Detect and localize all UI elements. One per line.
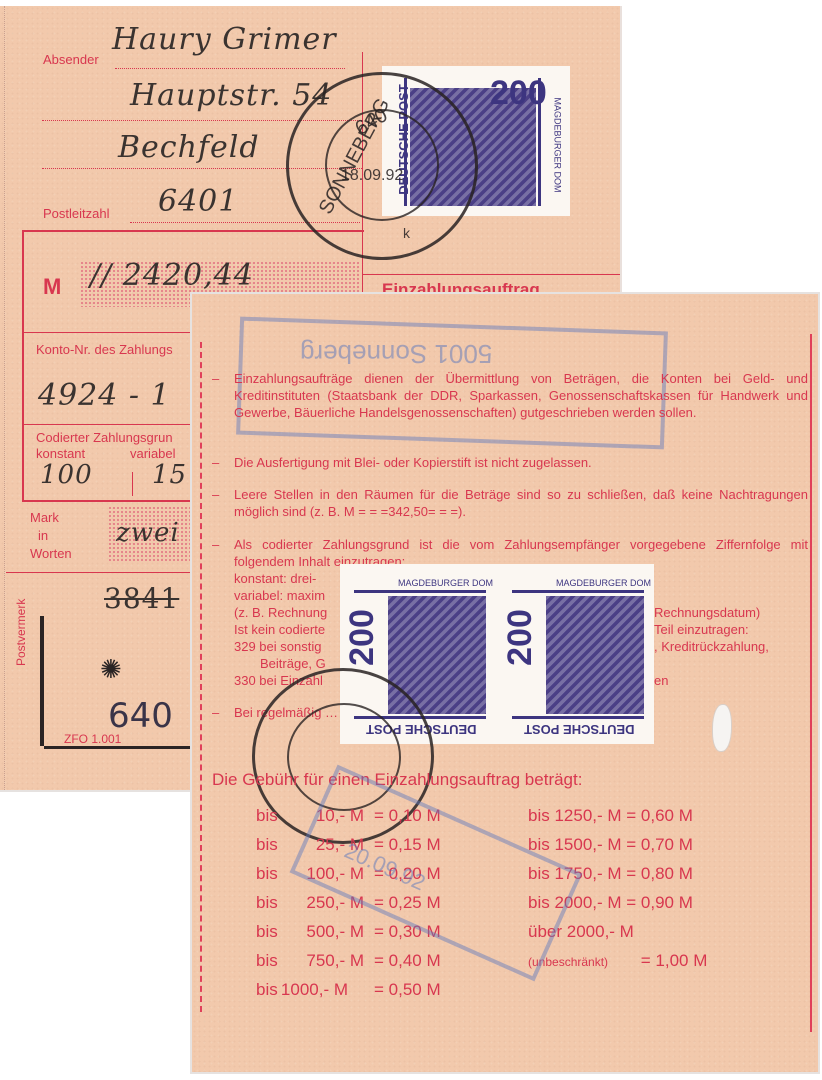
punch-hole bbox=[712, 704, 732, 752]
coded-line: Rechnungsdatum) bbox=[654, 604, 814, 621]
instruction-text: Leere Stellen in den Räumen für die Betr… bbox=[234, 486, 808, 520]
coded-line: en bbox=[654, 672, 814, 689]
handwritten-town: Bechfeld bbox=[118, 130, 260, 165]
fee-amount: = 0,50 M bbox=[374, 980, 441, 1000]
handwritten-street: Hauptstr. 54 bbox=[130, 78, 332, 113]
bullet: – bbox=[212, 486, 219, 503]
instruction-text: Die Ausfertigung mit Blei- oder Kopierst… bbox=[234, 454, 808, 471]
code-top-rule bbox=[22, 424, 192, 425]
postmark-suffix: k bbox=[403, 225, 410, 241]
instruction-text: Einzahlungsaufträge dienen der Übermittl… bbox=[234, 370, 808, 421]
posthorn-icon: ✺ bbox=[100, 654, 122, 685]
fee-limit: 500,- M bbox=[294, 922, 364, 942]
fee-title: Die Gebühr für einen Einzahlungsauftrag … bbox=[212, 770, 582, 790]
handwritten-amount-words: zwei bbox=[116, 518, 180, 548]
stamp-subject: MAGDEBURGER DOM bbox=[553, 97, 563, 192]
account-label: Konto-Nr. des Zahlungs bbox=[36, 342, 173, 357]
coded-line: Teil einzutragen: bbox=[654, 621, 814, 638]
instruction-1: – Einzahlungsaufträge dienen der Übermit… bbox=[212, 370, 808, 421]
stamp-2: MAGDEBURGER DOM 200 DEUTSCHE POST bbox=[500, 566, 652, 742]
fee-prefix: bis bbox=[256, 951, 278, 971]
form-number: ZFO 1.001 bbox=[64, 732, 121, 746]
stamp-value: 200 bbox=[501, 609, 540, 666]
stamp-bar-bottom bbox=[512, 716, 644, 719]
stamp-bar-right bbox=[538, 78, 541, 206]
fee-prefix: bis bbox=[256, 864, 278, 884]
box-bottom-rule bbox=[22, 500, 198, 502]
bullet: – bbox=[212, 454, 219, 471]
in-label: in bbox=[38, 528, 48, 543]
coded-line: , Kreditrückzahlung, bbox=[654, 638, 814, 655]
fee-limit: 1000,- M bbox=[278, 980, 348, 1000]
stamp-bar-top bbox=[512, 590, 644, 593]
round-postmark: SONNEBERG 640 18.09.92 k bbox=[286, 72, 478, 260]
blue-box-cancellation-2 bbox=[290, 765, 583, 982]
account-top-rule bbox=[22, 332, 192, 333]
fee-row-right: (unbeschränkt) = 1,00 M bbox=[528, 951, 707, 971]
handwritten-post-number: 3841 bbox=[104, 582, 179, 615]
front-card: 5001 Sonneberg – Einzahlungsaufträge die… bbox=[190, 292, 820, 1074]
bullet: – bbox=[212, 704, 219, 721]
sender-dotline bbox=[115, 68, 345, 69]
sender-label: Absender bbox=[43, 52, 99, 67]
handwritten-postcode: 6401 bbox=[158, 184, 238, 219]
perforation bbox=[4, 6, 5, 790]
instruction-3: – Leere Stellen in den Räumen für die Be… bbox=[212, 486, 808, 520]
cathedral-image-icon bbox=[546, 596, 644, 714]
stamp-subject: MAGDEBURGER DOM bbox=[398, 578, 493, 588]
fee-prefix: bis bbox=[256, 922, 278, 942]
box-left-rule bbox=[22, 230, 24, 502]
fee-prefix: bis bbox=[256, 835, 278, 855]
stamp-country: DEUTSCHE POST bbox=[524, 722, 635, 737]
instruction-text: Als codierter Zahlungsgrund ist die vom … bbox=[234, 536, 808, 570]
left-border bbox=[200, 342, 202, 1012]
bullet: – bbox=[212, 370, 219, 387]
fee-limit: 750,- M bbox=[294, 951, 364, 971]
instruction-4: – Als codierter Zahlungsgrund ist die vo… bbox=[212, 536, 808, 570]
fee-prefix: bis bbox=[256, 806, 278, 826]
mark-label: Mark bbox=[30, 510, 59, 525]
postcode-label: Postleitzahl bbox=[43, 206, 109, 221]
currency-marker: M bbox=[43, 274, 61, 300]
handwritten-constant: 100 bbox=[40, 460, 93, 490]
constant-label: konstant bbox=[36, 446, 85, 461]
postmark-date: 18.09.92 bbox=[341, 167, 403, 185]
stamp-bar-top bbox=[354, 590, 486, 593]
fee-row-right: bis 1250,- M = 0,60 M bbox=[528, 806, 693, 826]
handwritten-account: 4924 - 1 bbox=[38, 378, 171, 413]
variable-label: variabel bbox=[130, 446, 176, 461]
fee-row-right: bis 1500,- M = 0,70 M bbox=[528, 835, 693, 855]
instruction-2: – Die Ausfertigung mit Blei- oder Kopier… bbox=[212, 454, 808, 471]
postnote-top-rule bbox=[6, 572, 192, 573]
coded-lines-right: Rechnungsdatum) Teil einzutragen: , Kred… bbox=[654, 604, 814, 689]
blue-box-text: 5001 Sonneberg bbox=[300, 338, 492, 369]
post-note-label: Postvermerk bbox=[14, 599, 28, 666]
fee-amount: = 0,40 M bbox=[374, 951, 441, 971]
fee-prefix: bis bbox=[256, 893, 278, 913]
office-stamp-bracket bbox=[40, 616, 44, 746]
office-stamp-base bbox=[44, 746, 194, 749]
words-label: Worten bbox=[30, 546, 72, 561]
title-rule bbox=[362, 274, 620, 275]
handwritten-variable: 15 bbox=[152, 460, 187, 490]
stamp-subject: MAGDEBURGER DOM bbox=[556, 578, 651, 588]
coded-reason-label: Codierter Zahlungsgrun bbox=[36, 430, 173, 445]
bullet: – bbox=[212, 536, 219, 553]
code-divider bbox=[132, 472, 133, 496]
office-stamp-number: 640 bbox=[108, 696, 173, 736]
handwritten-amount: // 2420,44 bbox=[90, 258, 254, 293]
handwritten-sender-name: Haury Grimer bbox=[112, 22, 337, 57]
fee-prefix: bis bbox=[256, 980, 278, 1000]
stamp-value: 200 bbox=[343, 609, 382, 666]
